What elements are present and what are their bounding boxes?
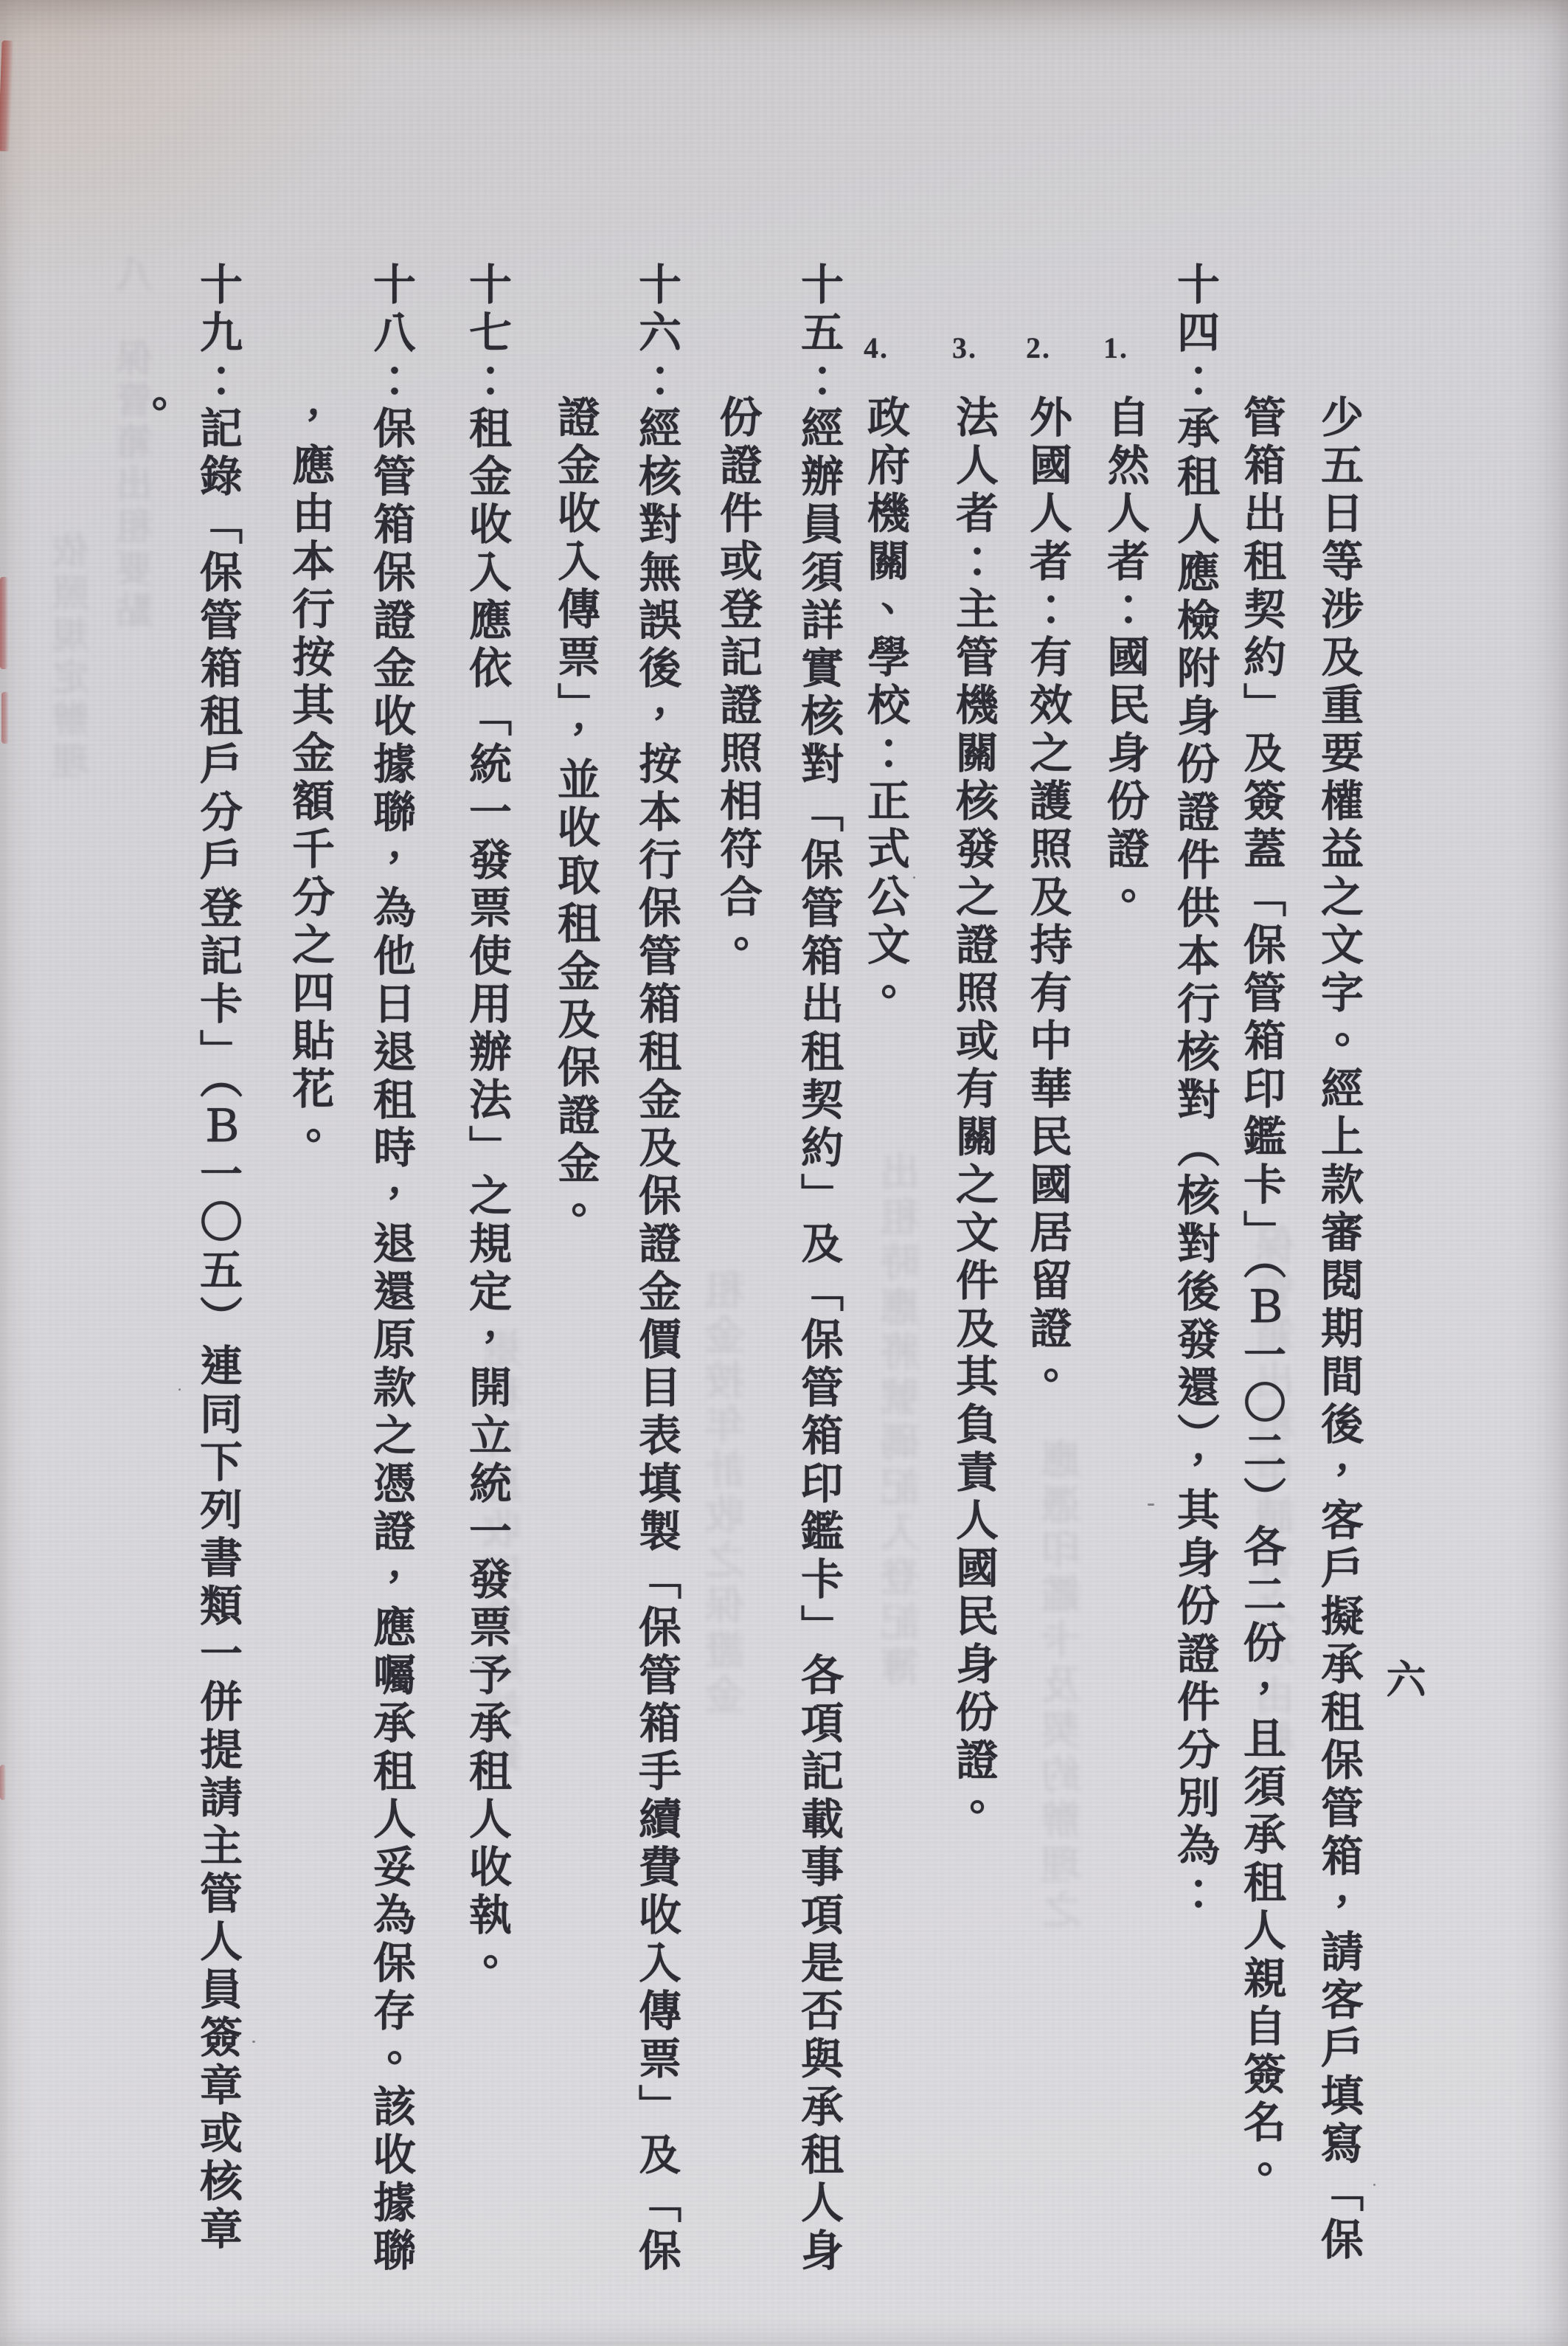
page-number: 六 <box>1375 1658 1432 1698</box>
text-column-item16-1: 十六：經核對無誤後，按本行保管箱租金及保證金價目表填製「保管箱手續費收入傳票」及… <box>625 262 687 2276</box>
text-column-item14-sub4: 政府機關、學校：正式公文。 <box>853 395 915 1018</box>
text-column-item13-continuation-1: 少五日等涉及重要權益之文字。經上款審閱期間後，客戶擬承租保管箱，請客戶填寫「保 <box>1307 395 1369 2265</box>
text-column-item14-sub1: 自然人者：國民身份證。 <box>1093 395 1155 922</box>
text-column-item14-sub2: 外國人者：有效之護照及持有中華民國居留證。 <box>1016 395 1078 1402</box>
scan-speck <box>252 2041 255 2043</box>
red-ink-edge-mark <box>1 692 9 744</box>
scanned-document-page: 保管箱出租申請書之理由欄 應憑印鑑卡及契約辦理之 出租時應將號碼記入登記簿 租金… <box>0 0 1568 2346</box>
text-column-item18-2: ，應由本行按其金額千分之四貼花。 <box>278 395 340 1162</box>
text-column-item15-1: 十五：經辦員須詳實核對「保管箱出租契約」及「保管箱印鑑卡」各項記載事項是否與承租… <box>787 262 849 2276</box>
text-column-item13-continuation-2: 管箱出租契約」及簽蓋「保管箱印鑑卡」（Ｂ一〇二）各二份，且須承租人親自簽名。 <box>1229 395 1291 2196</box>
red-ink-edge-mark <box>0 1765 6 1800</box>
sub-item-number-3: 3. <box>952 331 977 365</box>
text-column-item14: 十四：承租人應檢附身份證件供本行核對（核對後發還），其身份證件分別為： <box>1163 262 1225 1919</box>
red-ink-edge-mark <box>0 577 8 669</box>
text-column-item17: 十七：租金收入應依「統一發票使用辦法」之規定，開立統一發票予承租人收執。 <box>455 262 517 1988</box>
text-column-item15-2: 份證件或登記證照相符合。 <box>706 395 768 970</box>
red-ink-edge-mark <box>0 41 14 151</box>
sub-item-number-2: 2. <box>1026 331 1051 365</box>
bleedthrough-ghost-column: 出租時應將號碼記入登記簿 <box>875 1151 932 1691</box>
bleedthrough-ghost-column: 應憑印鑑卡及契約辦理之 <box>1035 1439 1092 1934</box>
text-column-item19-1: 十九：記錄「保管箱租戶分戶登記卡」（Ｂ一〇五）連同下列書類一併提請主管人員簽章或… <box>186 262 248 2255</box>
bleedthrough-ghost-column: 依照規定辦理 <box>47 531 100 783</box>
scan-speck <box>1148 1504 1154 1506</box>
text-column-item19-2: 。 <box>112 395 174 443</box>
sub-item-number-1: 1. <box>1103 331 1128 365</box>
sub-item-number-4: 4. <box>864 331 889 365</box>
scan-speck <box>1373 2184 1376 2186</box>
scan-speck <box>178 1388 181 1391</box>
text-column-item16-2: 證金收入傳票」，並收取租金及保證金。 <box>544 395 606 1236</box>
text-column-item18-1: 十八：保管箱保證金收據聯，為他日退租時，退還原款之憑證，應囑承租人妥為保存。該收… <box>359 262 421 2276</box>
bleedthrough-ghost-column: 八 保管箱出租要點 <box>111 255 164 633</box>
text-column-item14-sub3: 法人者：主管機關核發之證照或有關之文件及其負責人國民身份證。 <box>942 395 1004 1833</box>
bleedthrough-ghost-column: 租金按年計收之保證金 <box>699 1269 756 1719</box>
